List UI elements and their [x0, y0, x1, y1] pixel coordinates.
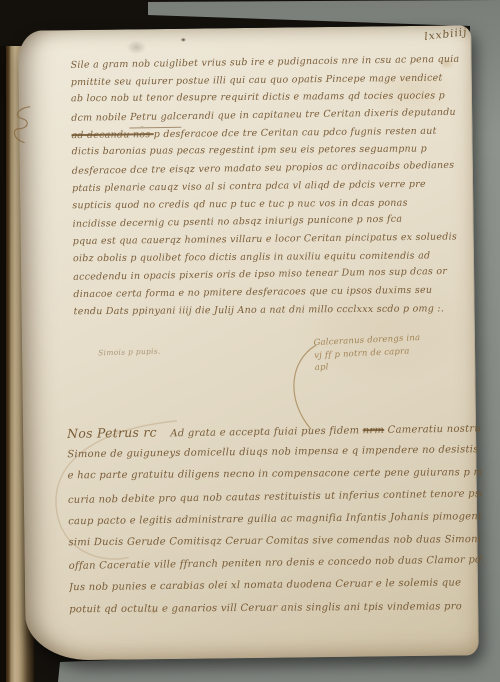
folio-number: lxxbiiij — [424, 26, 468, 43]
manuscript-line-text: p desferacoe dce tre Ceritan cau pdco fu… — [154, 125, 437, 139]
manuscript-line: potuit qd octultu e ganarios vill Ceruar… — [69, 596, 483, 621]
registration-note: Galceranus dorengs ina vj ff p notrn de … — [313, 332, 421, 374]
opening-words: Nos Petrus rc — [67, 425, 157, 441]
book-page: lxxbiiij Sile a gram nob cuiglibet vrius… — [18, 25, 479, 660]
marginal-note-left: Simois p pupis. — [98, 347, 161, 358]
manuscript-line-text: Cameratiu nostru — [384, 423, 481, 436]
strikethrough-text: nrm — [363, 425, 385, 436]
manuscript-line: tendu Dats ppinyani iiij die Julij Ano a… — [74, 300, 478, 321]
text-block-upper: Sile a gram nob cuiglibet vrius sub ire … — [70, 51, 477, 321]
manuscript-line-text: Ad grata e accepta fuiai pues fidem — [167, 425, 363, 439]
text-block-lower: Nos Petrus rc Ad grata e accepta fuiai p… — [67, 417, 483, 622]
manuscript-photo: lxxbiiij Sile a gram nob cuiglibet vrius… — [0, 0, 500, 682]
strikethrough-text: ad decandu nos — [71, 129, 153, 141]
